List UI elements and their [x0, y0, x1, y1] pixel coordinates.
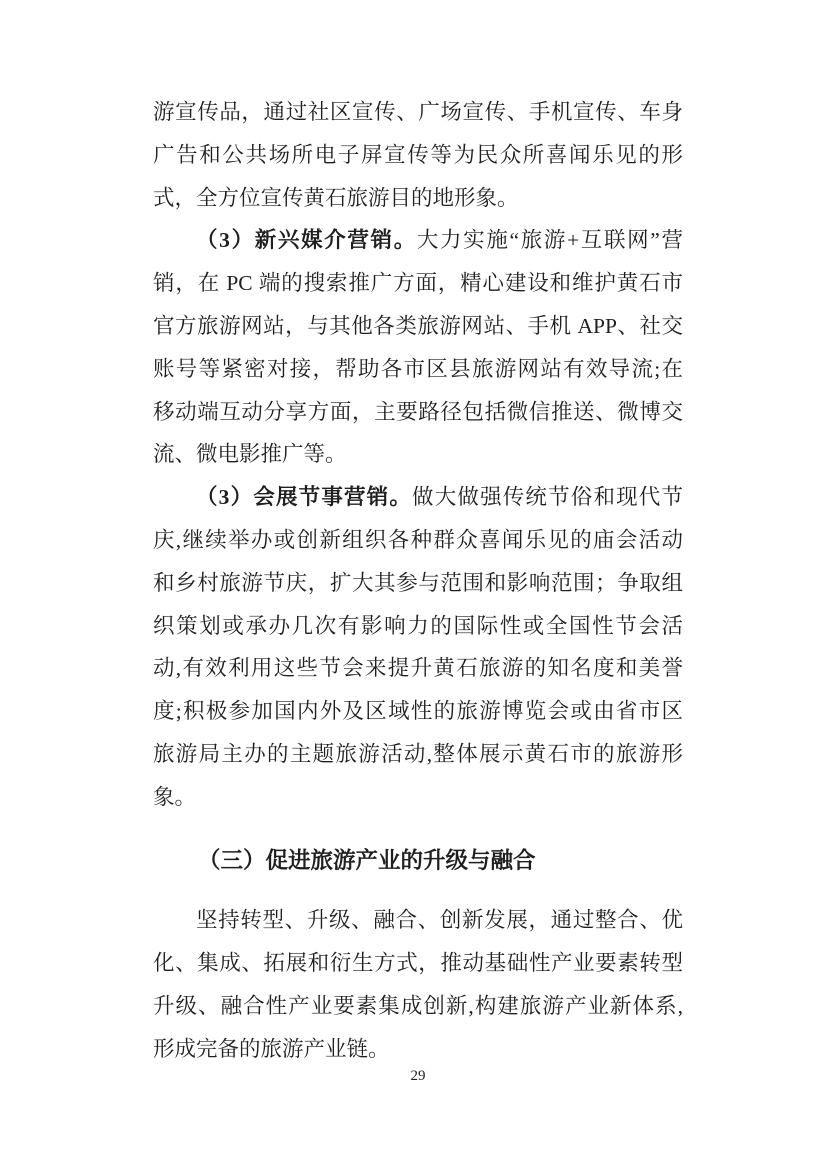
paragraph-1: 游宣传品，通过社区宣传、广场宣传、手机宣传、车身 广告和公共场所电子屏宣传等为民… — [153, 91, 683, 219]
text-line: 化、集成、拓展和衍生方式，推动基础性产业要素转型 — [153, 942, 683, 985]
text-line: 形成完备的旅游产业链。 — [153, 1028, 683, 1071]
text-line: 坚持转型、升级、融合、创新发展，通过整合、优 — [153, 899, 683, 942]
text-line: （3）新兴媒介营销。大力实施“旅游+互联网”营 — [153, 219, 683, 262]
text-line: 广告和公共场所电子屏宣传等为民众所喜闻乐见的形 — [153, 134, 683, 177]
text-line: 象。 — [153, 776, 683, 819]
text-line: （3）会展节事营销。做大做强传统节俗和现代节 — [153, 476, 683, 519]
text-line: 和乡村旅游节庆，扩大其参与范围和影响范围；争取组 — [153, 562, 683, 605]
text-line: 移动端互动分享方面，主要路径包括微信推送、微博交 — [153, 391, 683, 434]
text-line: 织策划或承办几次有影响力的国际性或全国性节会活 — [153, 605, 683, 648]
text-line: 账号等紧密对接，帮助各市区县旅游网站有效导流;在 — [153, 348, 683, 391]
text-line: 动,有效利用这些节会来提升黄石旅游的知名度和美誉 — [153, 647, 683, 690]
paragraph-3-lead: （3）会展节事营销。 — [196, 485, 412, 509]
text-line: 升级、融合性产业要素集成创新,构建旅游产业新体系, — [153, 985, 683, 1028]
text-line: 式，全方位宣传黄石旅游目的地形象。 — [153, 177, 683, 220]
document-page: 游宣传品，通过社区宣传、广场宣传、手机宣传、车身 广告和公共场所电子屏宣传等为民… — [0, 0, 827, 1169]
text-line: 官方旅游网站，与其他各类旅游网站、手机 APP、社交 — [153, 305, 683, 348]
page-number: 29 — [153, 1066, 683, 1086]
text-line: 庆,继续举办或创新组织各种群众喜闻乐见的庙会活动 — [153, 519, 683, 562]
text-line: 游宣传品，通过社区宣传、广场宣传、手机宣传、车身 — [153, 91, 683, 134]
text-line: 销，在 PC 端的搜索推广方面，精心建设和维护黄石市 — [153, 262, 683, 305]
document-body: 游宣传品，通过社区宣传、广场宣传、手机宣传、车身 广告和公共场所电子屏宣传等为民… — [153, 91, 683, 1071]
paragraph-4: 坚持转型、升级、融合、创新发展，通过整合、优 化、集成、拓展和衍生方式，推动基础… — [153, 899, 683, 1070]
text-line: 旅游局主办的主题旅游活动,整体展示黄石市的旅游形 — [153, 733, 683, 776]
paragraph-3: （3）会展节事营销。做大做强传统节俗和现代节 庆,继续举办或创新组织各种群众喜闻… — [153, 476, 683, 818]
paragraph-3-lead-rest: 做大做强传统节俗和现代节 — [412, 485, 683, 509]
text-line: 度;积极参加国内外及区域性的旅游博览会或由省市区 — [153, 690, 683, 733]
paragraph-2-lead: （3）新兴媒介营销。 — [196, 228, 417, 252]
section-heading: （三）促进旅游产业的升级与融合 — [153, 840, 683, 883]
text-line: 流、微电影推广等。 — [153, 433, 683, 476]
paragraph-2: （3）新兴媒介营销。大力实施“旅游+互联网”营 销，在 PC 端的搜索推广方面，… — [153, 219, 683, 476]
paragraph-2-lead-rest: 大力实施“旅游+互联网”营 — [417, 228, 683, 252]
